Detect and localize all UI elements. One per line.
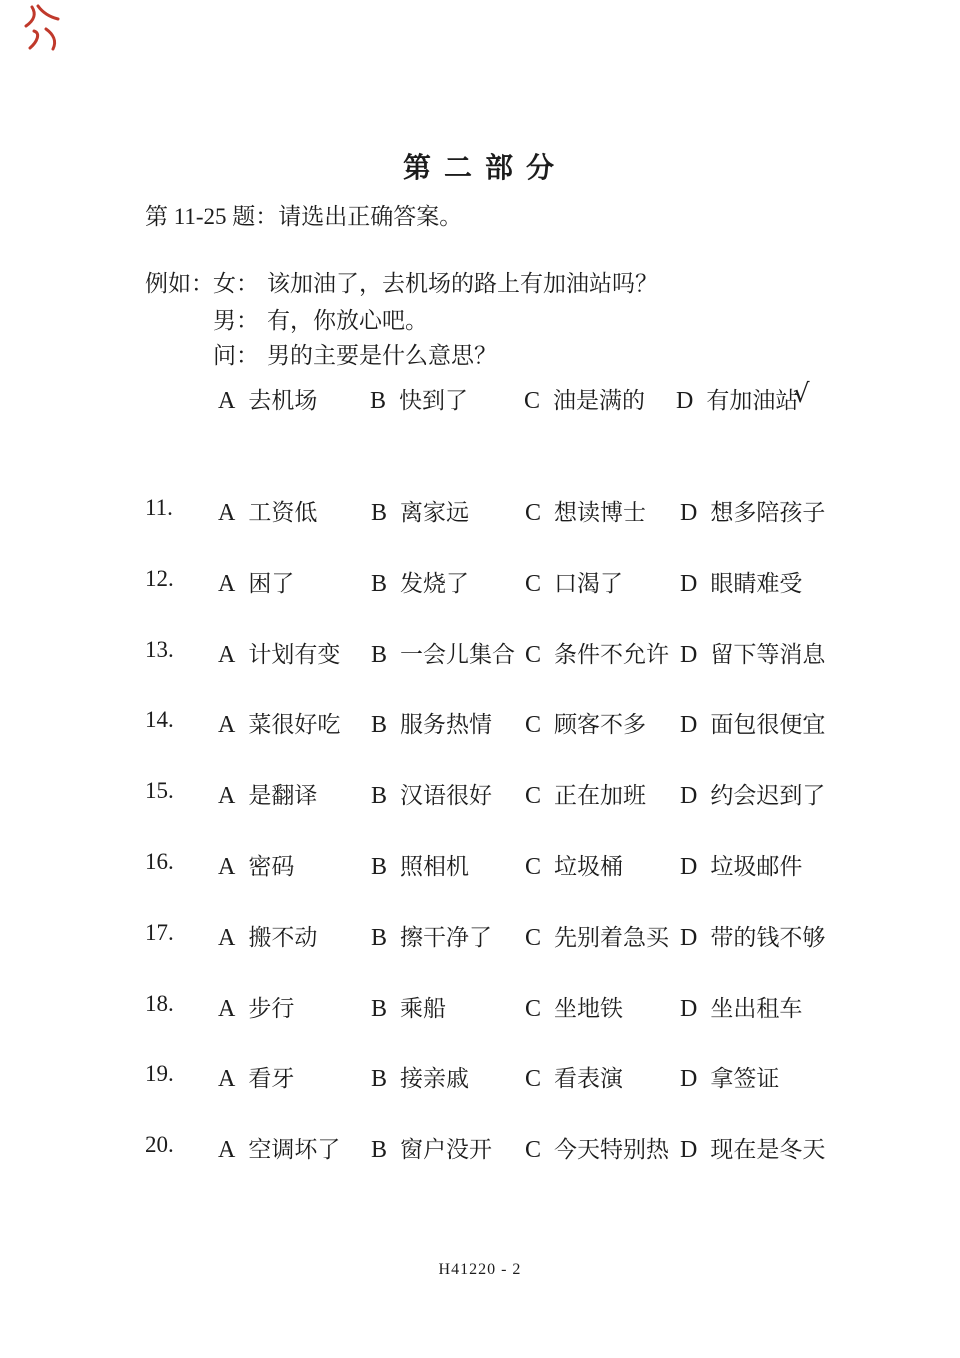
section-title: 第 二 部 分 [0,152,960,186]
option-c: C正在加班 [525,777,646,810]
option-b: B乘船 [371,990,446,1023]
option-b: B离家远 [371,494,469,527]
instruction-text: 第 11-25 题：请选出正确答案。 [145,203,462,231]
example-label: 例如： [145,270,214,298]
option-d: D坐出租车 [680,990,802,1023]
question-number: 18. [145,990,174,1018]
option-d: D垃圾邮件 [680,848,802,881]
option-a: A空调坏了 [218,1131,340,1164]
option-d: D带的钱不够 [680,919,825,952]
option-c: C看表演 [525,1060,623,1093]
question-number: 17. [145,919,174,947]
question-row: 14. A菜很好吃 B服务热情 C顾客不多 D面包很便宜 [0,706,960,740]
example-dialog-text: 男的主要是什么意思？ [267,342,497,370]
question-number: 16. [145,848,174,876]
option-b: B服务热情 [371,706,492,739]
question-row: 15. A是翻译 B汉语很好 C正在加班 D约会迟到了 [0,777,960,811]
question-number: 19. [145,1060,174,1088]
option-c: C垃圾桶 [525,848,623,881]
option-d: D留下等消息 [680,636,825,669]
option-c: C口渴了 [525,565,623,598]
page-code: H41220 - 2 [0,1260,960,1279]
example-dialog-speaker: 女： [213,270,259,298]
option-a: A计划有变 [218,636,340,669]
option-a: A是翻译 [218,777,317,810]
option-d: D面包很便宜 [680,706,825,739]
example-dialog-text: 该加油了，去机场的路上有加油站吗？ [267,270,658,298]
question-row: 11. A工资低 B离家远 C想读博士 D想多陪孩子 [0,494,960,528]
option-c: C先别着急买 [525,919,669,952]
option-c: C条件不允许 [525,636,669,669]
option-b: B照相机 [371,848,469,881]
option-b: B汉语很好 [371,777,492,810]
question-number: 13. [145,636,174,664]
option-b: B一会儿集合 [371,636,515,669]
option-c: C想读博士 [525,494,646,527]
question-row: 17. A搬不动 B擦干净了 C先别着急买 D带的钱不够 [0,919,960,953]
example-options-row: A去机场 B快到了 C油是满的 D有加油站 [0,382,960,416]
question-number: 14. [145,706,174,734]
option-b: B发烧了 [371,565,469,598]
option-d: D拿签证 [680,1060,779,1093]
question-row: 20. A空调坏了 B窗户没开 C今天特别热 D现在是冬天 [0,1131,960,1165]
option-a: A步行 [218,990,294,1023]
option-b: B窗户没开 [371,1131,492,1164]
question-row: 13. A计划有变 B一会儿集合 C条件不允许 D留下等消息 [0,636,960,670]
option-a: A菜很好吃 [218,706,340,739]
option-c: C今天特别热 [525,1131,669,1164]
question-row: 19. A看牙 B接亲戚 C看表演 D拿签证 [0,1060,960,1094]
option-d: D眼睛难受 [680,565,802,598]
option-a: A困了 [218,565,294,598]
red-pen-mark-icon [22,2,66,52]
example-option-c: C油是满的 [524,382,645,415]
option-a: A搬不动 [218,919,317,952]
option-d: D约会迟到了 [680,777,825,810]
example-option-b: B快到了 [370,382,468,415]
question-row: 18. A步行 B乘船 C坐地铁 D坐出租车 [0,990,960,1024]
option-b: B擦干净了 [371,919,492,952]
exam-page: 第 二 部 分 第 11-25 题：请选出正确答案。 例如： 女： 该加油了，去… [0,0,960,1358]
option-c: C坐地铁 [525,990,623,1023]
option-a: A看牙 [218,1060,294,1093]
question-row: 12. A困了 B发烧了 C口渴了 D眼睛难受 [0,565,960,599]
question-number: 15. [145,777,174,805]
example-dialog-text: 有，你放心吧。 [267,307,428,335]
question-number: 12. [145,565,174,593]
example-option-a: A去机场 [218,382,317,415]
option-c: C顾客不多 [525,706,646,739]
question-number: 20. [145,1131,174,1159]
option-b: B接亲戚 [371,1060,469,1093]
question-row: 16. A密码 B照相机 C垃圾桶 D垃圾邮件 [0,848,960,882]
example-option-d: D有加油站 [676,382,798,415]
correct-answer-checkmark-icon: √ [793,379,810,410]
option-d: D想多陪孩子 [680,494,825,527]
example-dialog-speaker: 问： [213,342,259,370]
option-a: A密码 [218,848,294,881]
example-dialog-speaker: 男： [213,307,259,335]
question-number: 11. [145,494,173,522]
option-d: D现在是冬天 [680,1131,825,1164]
option-a: A工资低 [218,494,317,527]
